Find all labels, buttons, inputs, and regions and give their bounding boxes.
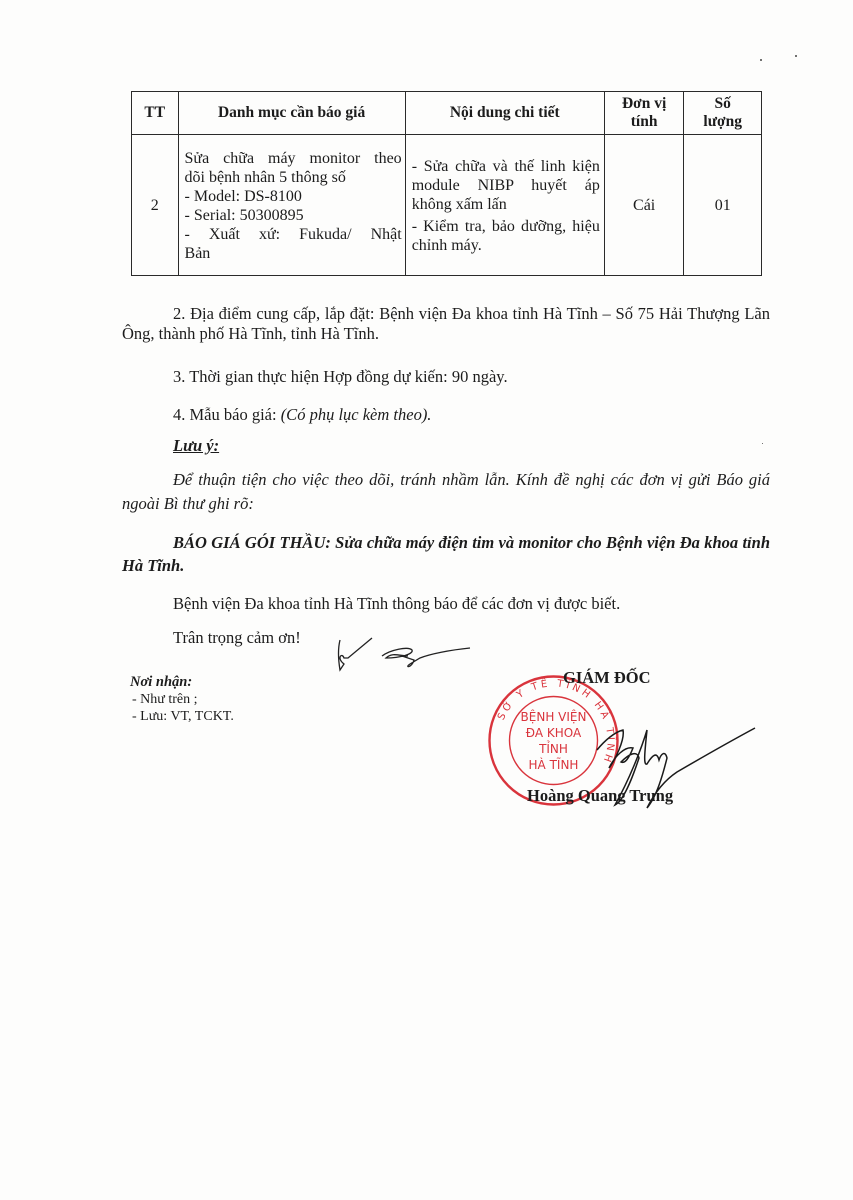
recipient-item: - Như trên ; <box>130 691 234 708</box>
note-text: Để thuận tiện cho việc theo dõi, tránh n… <box>122 468 770 516</box>
header-unit: Đơn vị tính <box>604 92 684 135</box>
initials-signature <box>330 628 480 678</box>
contract-duration: 3. Thời gian thực hiện Hợp đồng dự kiến:… <box>122 367 770 387</box>
notice-text: Bệnh viện Đa khoa tỉnh Hà Tĩnh thông báo… <box>122 594 770 614</box>
header-detail: Nội dung chi tiết <box>405 92 604 135</box>
scan-speck <box>795 55 797 57</box>
svg-text:TỈNH: TỈNH <box>538 740 568 756</box>
svg-text:HÀ TĨNH: HÀ TĨNH <box>529 757 579 772</box>
svg-text:ĐA KHOA: ĐA KHOA <box>526 726 582 740</box>
signer-title: GIÁM ĐỐC <box>563 668 651 688</box>
quote-items-table: TT Danh mục cần báo giá Nội dung chi tiế… <box>131 91 762 276</box>
header-qty: Số lượng <box>684 92 762 135</box>
cell-tt: 2 <box>132 135 179 276</box>
table-header-row: TT Danh mục cần báo giá Nội dung chi tiế… <box>132 92 762 135</box>
recipient-item: - Lưu: VT, TCKT. <box>130 708 234 725</box>
cell-qty: 01 <box>684 135 762 276</box>
signer-name: Hoàng Quang Trung <box>527 786 673 806</box>
scan-speck <box>760 59 762 61</box>
quote-template: 4. Mẫu báo giá: (Có phụ lục kèm theo). <box>122 405 770 425</box>
header-item: Danh mục cần báo giá <box>178 92 405 135</box>
cell-detail: - Sửa chữa và thế linh kiện module NIBP … <box>405 135 604 276</box>
header-tt: TT <box>132 92 179 135</box>
svg-text:BỆNH VIỆN: BỆNH VIỆN <box>521 709 587 724</box>
recipients-block: Nơi nhận: - Như trên ; - Lưu: VT, TCKT. <box>130 674 234 725</box>
table-row: 2 Sửa chữa máy monitor theo dõi bệnh nhâ… <box>132 135 762 276</box>
cell-unit: Cái <box>604 135 684 276</box>
package-title: BÁO GIÁ GÓI THẦU: Sửa chữa máy điện tim … <box>122 531 770 577</box>
cell-item: Sửa chữa máy monitor theo dõi bệnh nhân … <box>178 135 405 276</box>
delivery-location: 2. Địa điểm cung cấp, lắp đặt: Bệnh viện… <box>122 304 770 344</box>
recipients-title: Nơi nhận: <box>130 674 234 691</box>
note-heading: Lưu ý: <box>122 436 770 456</box>
